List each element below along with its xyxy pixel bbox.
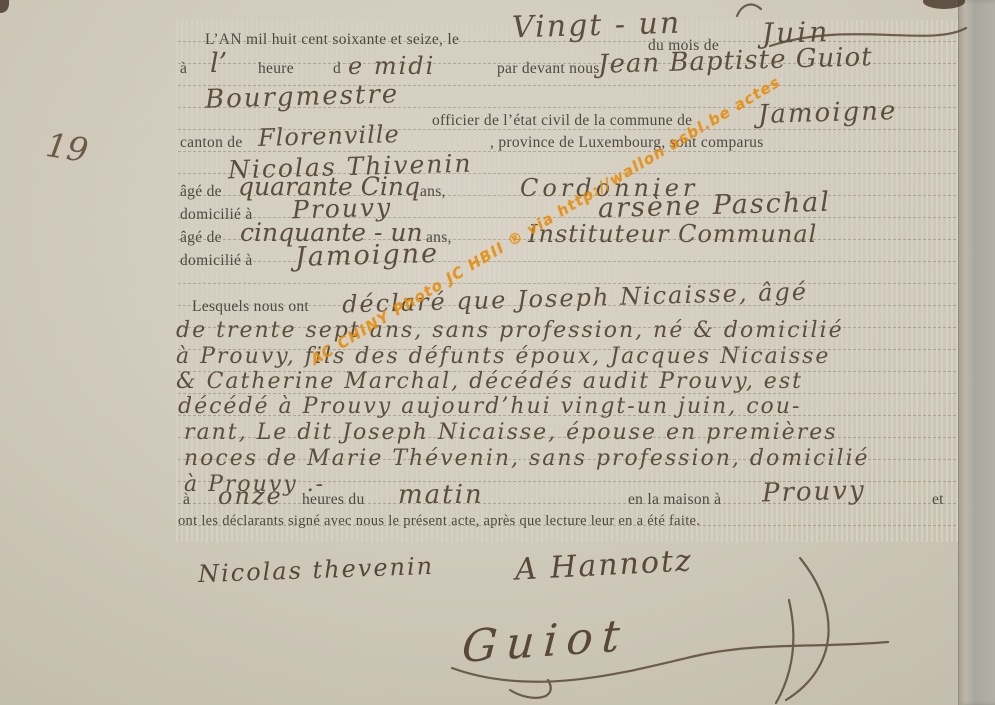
printed-closing-et: et <box>932 491 944 509</box>
flourish-signature-curve <box>786 558 829 700</box>
flourish-descender <box>776 600 793 703</box>
hw-commune: Jamoigne <box>758 96 898 130</box>
printed-before-officer: par devant nous <box>497 60 600 78</box>
printed-at: à <box>180 60 187 78</box>
printed-age-a-1: âgé de <box>180 183 222 201</box>
hw-declaration-line-3: à Prouvy, fils des défunts époux, Jacque… <box>176 344 830 369</box>
printed-closing-hours: heures du <box>302 491 365 509</box>
hw-witness2-profession: Instituteur Communal <box>528 220 817 248</box>
hw-witness2-name: arsène Paschal <box>598 187 832 224</box>
hw-canton: Florenville <box>258 120 400 152</box>
printed-year-line: L’AN mil huit cent soixante et seize, le <box>205 31 459 49</box>
hw-declaration-line-4: & Catherine Marchal, décédés audit Prouv… <box>176 369 803 394</box>
printed-d: d <box>333 60 341 78</box>
hw-officer-name: Jean Baptiste Guiot <box>598 42 873 80</box>
book-page-edge <box>958 0 995 705</box>
printed-closing-final: ont les déclarants signé avec nous le pr… <box>178 513 700 530</box>
hw-closing-place: Prouvy <box>762 476 867 509</box>
printed-closing-house: en la maison à <box>628 491 721 509</box>
printed-domicile-2: domicilié à <box>180 252 253 270</box>
hw-declaration-line-1: déclaré que Joseph Nicaisse, âgé <box>342 277 809 318</box>
printed-declaration-intro: Lesquels nous ont <box>192 298 309 316</box>
printed-province: , province de Luxembourg, sont comparus <box>490 134 764 152</box>
printed-officer-role: officier de l’état civil de la commune d… <box>432 112 692 130</box>
hw-closing-hour: onze <box>218 482 283 510</box>
hw-witness2-domicile: Jamoigne <box>295 238 440 273</box>
margin-act-number: 19 <box>43 125 91 170</box>
signature-witness2: A Hannotz <box>514 543 693 587</box>
ink-mark-top-left <box>0 0 9 13</box>
signature-witness1: Nicolas thevenin <box>198 552 435 588</box>
hw-declaration-line-6: rant, Le dit Joseph Nicaisse, épouse en … <box>184 420 838 445</box>
printed-hour: heure <box>258 60 294 78</box>
hw-declaration-line-2: de trente sept ans, sans profession, né … <box>176 318 844 343</box>
flourish-guiot-loop <box>510 680 551 698</box>
scanned-death-record-page: 19 L’AN mil huit cent soixante et seize,… <box>0 0 995 705</box>
hw-officer-title: Bourgmestre <box>205 79 400 114</box>
printed-closing-at: à <box>183 491 190 509</box>
flourish-top-mark <box>737 5 761 16</box>
hw-declaration-line-5: décédé à Prouvy aujourd’hui vingt-un jui… <box>178 394 801 419</box>
hw-hour-suffix: e midi <box>348 52 435 80</box>
printed-age-b-1: ans, <box>420 183 446 201</box>
printed-canton: canton de <box>180 134 243 152</box>
hw-hour: l’ <box>210 48 227 79</box>
printed-age-a-2: âgé de <box>180 229 222 247</box>
hw-closing-period: matin <box>398 480 484 510</box>
signature-officer: Guiot <box>460 610 630 673</box>
hw-declaration-line-7: noces de Marie Thévenin, sans profession… <box>184 446 870 471</box>
